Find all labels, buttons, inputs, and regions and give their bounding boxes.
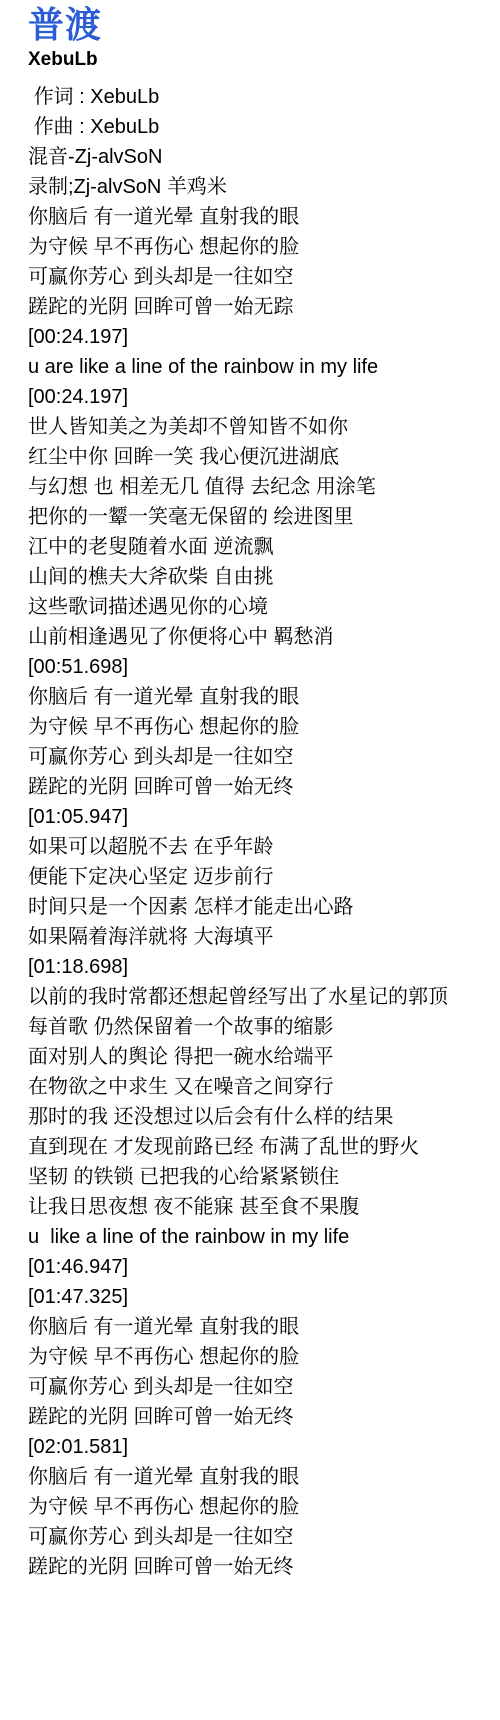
lyric-line: 为守候 早不再伤心 想起你的脸 xyxy=(28,712,492,742)
lyric-line: 如果可以超脱不去 在乎年龄 xyxy=(28,832,492,862)
lyric-line: 便能下定决心坚定 迈步前行 xyxy=(28,862,492,892)
lyric-line: 江中的老叟随着水面 逆流飘 xyxy=(28,532,492,562)
lyric-line: 这些歌词描述遇见你的心境 xyxy=(28,592,492,622)
lyric-line: 蹉跎的光阴 回眸可曾一始无踪 xyxy=(28,292,492,322)
lyric-line: [01:46.947] xyxy=(28,1252,492,1282)
lyric-line: 让我日思夜想 夜不能寐 甚至食不果腹 xyxy=(28,1192,492,1222)
lyric-line: 以前的我时常都还想起曾经写出了水星记的郭顶 xyxy=(28,982,492,1012)
lyric-line: [00:51.698] xyxy=(28,652,492,682)
lyric-line: 为守候 早不再伤心 想起你的脸 xyxy=(28,1492,492,1522)
lyric-line: 在物欲之中求生 又在噪音之间穿行 xyxy=(28,1072,492,1102)
lyric-line: 你脑后 有一道光晕 直射我的眼 xyxy=(28,202,492,232)
lyric-line: 山间的樵夫大斧砍柴 自由挑 xyxy=(28,562,492,592)
lyric-line: 蹉跎的光阴 回眸可曾一始无终 xyxy=(28,1552,492,1582)
lyric-line: 可赢你芳心 到头却是一往如空 xyxy=(28,1372,492,1402)
lyric-line: [00:24.197] xyxy=(28,382,492,412)
lyric-line: 山前相逢遇见了你便将心中 羁愁消 xyxy=(28,622,492,652)
lyric-line: u like a line of the rainbow in my life xyxy=(28,1222,492,1252)
lyric-line: 为守候 早不再伤心 想起你的脸 xyxy=(28,1342,492,1372)
lyric-line: 可赢你芳心 到头却是一往如空 xyxy=(28,742,492,772)
lyric-line: [01:18.698] xyxy=(28,952,492,982)
song-title[interactable]: 普渡 xyxy=(28,3,492,47)
lyric-line: 为守候 早不再伤心 想起你的脸 xyxy=(28,232,492,262)
credit-line: 混音-Zj-alvSoN xyxy=(28,142,492,172)
lyric-line: 坚韧 的铁锁 已把我的心给紧紧锁住 xyxy=(28,1162,492,1192)
lyric-line: 可赢你芳心 到头却是一往如空 xyxy=(28,262,492,292)
lyric-line: [01:47.325] xyxy=(28,1282,492,1312)
credits-section: 作词 : XebuLb 作曲 : XebuLb混音-Zj-alvSoN录制;Zj… xyxy=(28,82,492,202)
lyric-line: u are like a line of the rainbow in my l… xyxy=(28,352,492,382)
lyric-line: 蹉跎的光阴 回眸可曾一始无终 xyxy=(28,1402,492,1432)
lyric-line: 直到现在 才发现前路已经 布满了乱世的野火 xyxy=(28,1132,492,1162)
lyric-line: [02:01.581] xyxy=(28,1432,492,1462)
credit-line: 录制;Zj-alvSoN 羊鸡米 xyxy=(28,172,492,202)
credit-line: 作曲 : XebuLb xyxy=(28,112,492,142)
lyric-line: 蹉跎的光阴 回眸可曾一始无终 xyxy=(28,772,492,802)
lyrics-page: 普渡 XebuLb 作词 : XebuLb 作曲 : XebuLb混音-Zj-a… xyxy=(0,0,500,1582)
lyric-line: 世人皆知美之为美却不曾知皆不如你 xyxy=(28,412,492,442)
lyric-line: 与幻想 也 相差无几 值得 去纪念 用涂笔 xyxy=(28,472,492,502)
lyric-line: 可赢你芳心 到头却是一往如空 xyxy=(28,1522,492,1552)
credit-line: 作词 : XebuLb xyxy=(28,82,492,112)
lyric-line: 你脑后 有一道光晕 直射我的眼 xyxy=(28,682,492,712)
artist-name: XebuLb xyxy=(28,47,492,73)
lyric-line: 时间只是一个因素 怎样才能走出心路 xyxy=(28,892,492,922)
lyric-line: [01:05.947] xyxy=(28,802,492,832)
lyric-line: 每首歌 仍然保留着一个故事的缩影 xyxy=(28,1012,492,1042)
lyric-line: 红尘中你 回眸一笑 我心便沉进湖底 xyxy=(28,442,492,472)
lyric-line: 那时的我 还没想过以后会有什么样的结果 xyxy=(28,1102,492,1132)
lyric-line: [00:24.197] xyxy=(28,322,492,352)
lyrics-body: 作词 : XebuLb 作曲 : XebuLb混音-Zj-alvSoN录制;Zj… xyxy=(28,82,492,1582)
lyric-line: 把你的一颦一笑毫无保留的 绘进图里 xyxy=(28,502,492,532)
lyric-line: 面对别人的舆论 得把一碗水给端平 xyxy=(28,1042,492,1072)
lyric-line: 如果隔着海洋就将 大海填平 xyxy=(28,922,492,952)
lyric-line: 你脑后 有一道光晕 直射我的眼 xyxy=(28,1462,492,1492)
lyrics-section: 你脑后 有一道光晕 直射我的眼为守候 早不再伤心 想起你的脸可赢你芳心 到头却是… xyxy=(28,202,492,1582)
lyric-line: 你脑后 有一道光晕 直射我的眼 xyxy=(28,1312,492,1342)
